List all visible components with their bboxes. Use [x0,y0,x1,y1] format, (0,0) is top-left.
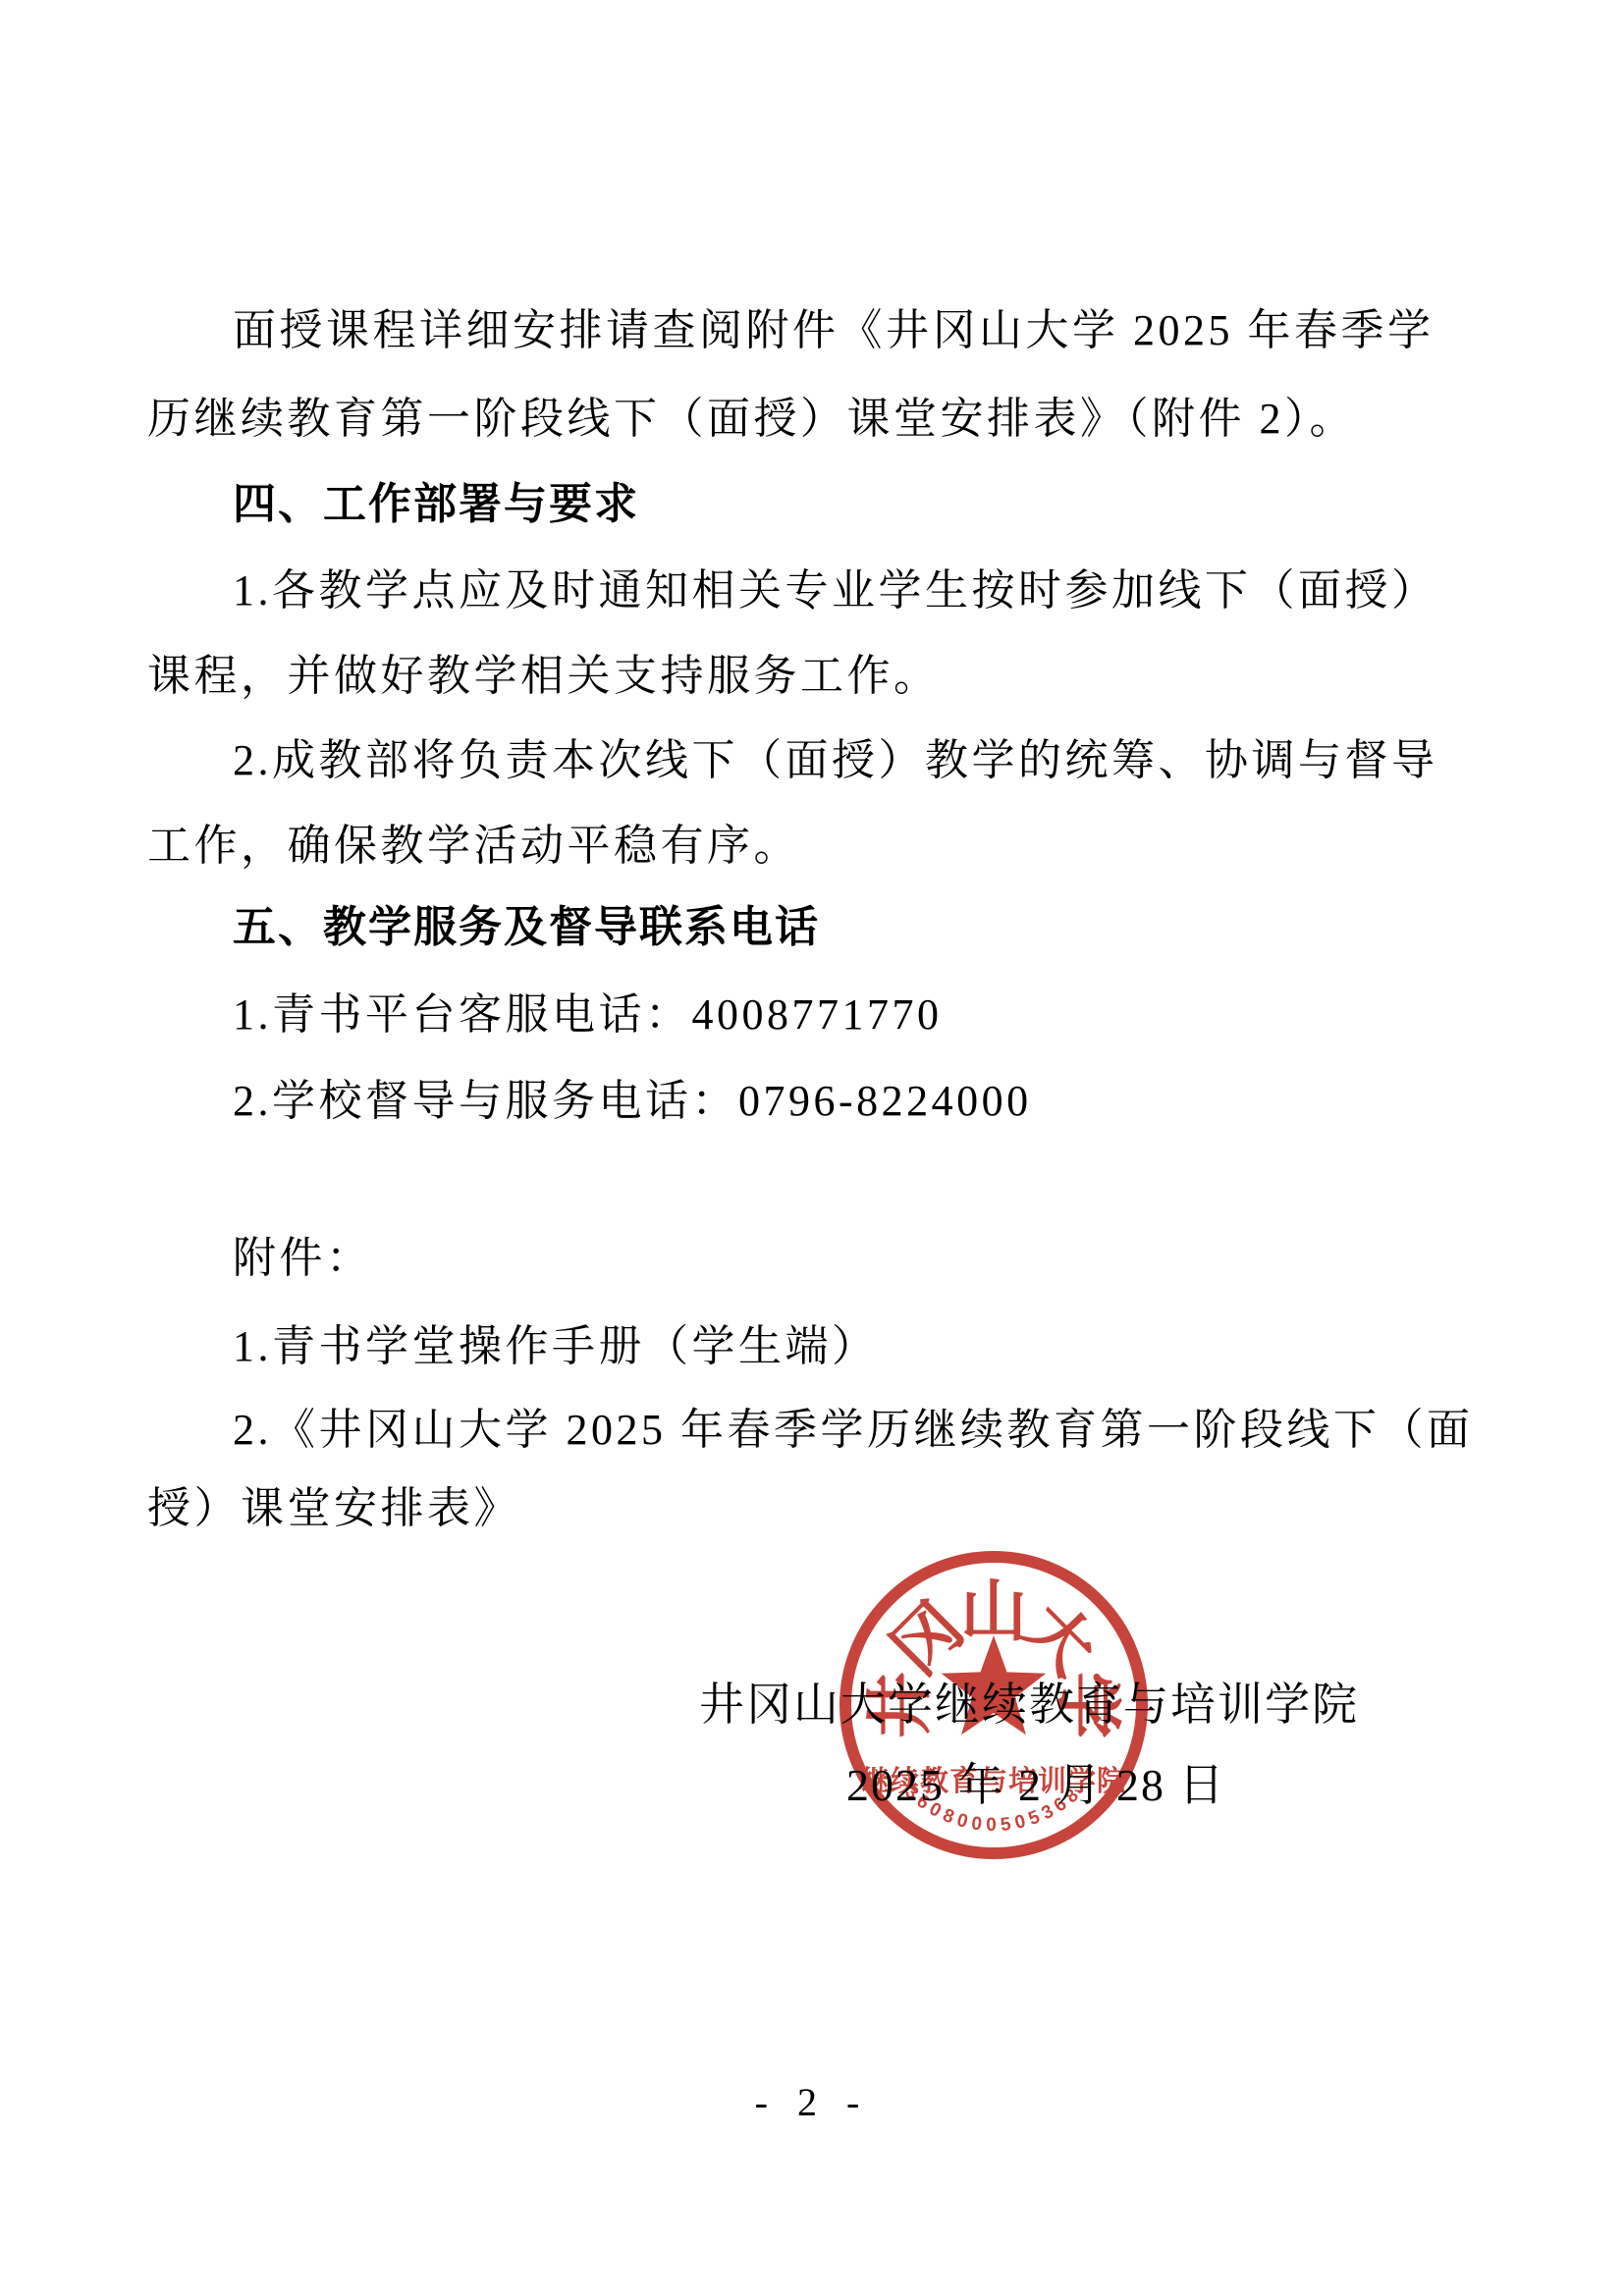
attachment-item-2: 2.《井冈山大学 2025 年春季学历继续教育第一阶段线下（面 [233,1394,1474,1457]
paragraph-line: 1.各教学点应及时通知相关专业学生按时参加线下（面授） [233,555,1438,617]
paragraph-line: 2.成教部将负责本次线下（面授）教学的统筹、协调与督导 [233,724,1438,787]
paragraph-line: 历继续教育第一阶段线下（面授）课堂安排表》（附件 2）。 [147,383,1356,446]
attachment-item-1: 1.青书学堂操作手册（学生端） [233,1310,879,1373]
document-page: 面授课程详细安排请查阅附件《井冈山大学 2025 年春季学 历继续教育第一阶段线… [0,0,1624,2296]
phone-line-school: 2.学校督导与服务电话：0796-8224000 [233,1065,1032,1128]
signature-date: 2025 年 2 月 28 日 [846,1749,1226,1814]
page-number: - 2 - [0,2079,1624,2125]
signature-org: 井冈山大学继续教育与培训学院 [699,1669,1359,1734]
attachment-item-2-cont: 授）课堂安排表》 [147,1472,520,1535]
section-heading-4: 四、工作部署与要求 [233,468,639,531]
paragraph-line: 面授课程详细安排请查阅附件《井冈山大学 2025 年春季学 [233,294,1435,357]
attachments-label: 附件： [233,1222,373,1285]
phone-line-platform: 1.青书平台客服电话：4008771770 [233,979,943,1041]
paragraph-line: 课程，并做好教学相关支持服务工作。 [147,640,941,703]
paragraph-line: 工作，确保教学活动平稳有序。 [147,810,800,873]
section-heading-5: 五、教学服务及督导联系电话 [233,891,820,954]
